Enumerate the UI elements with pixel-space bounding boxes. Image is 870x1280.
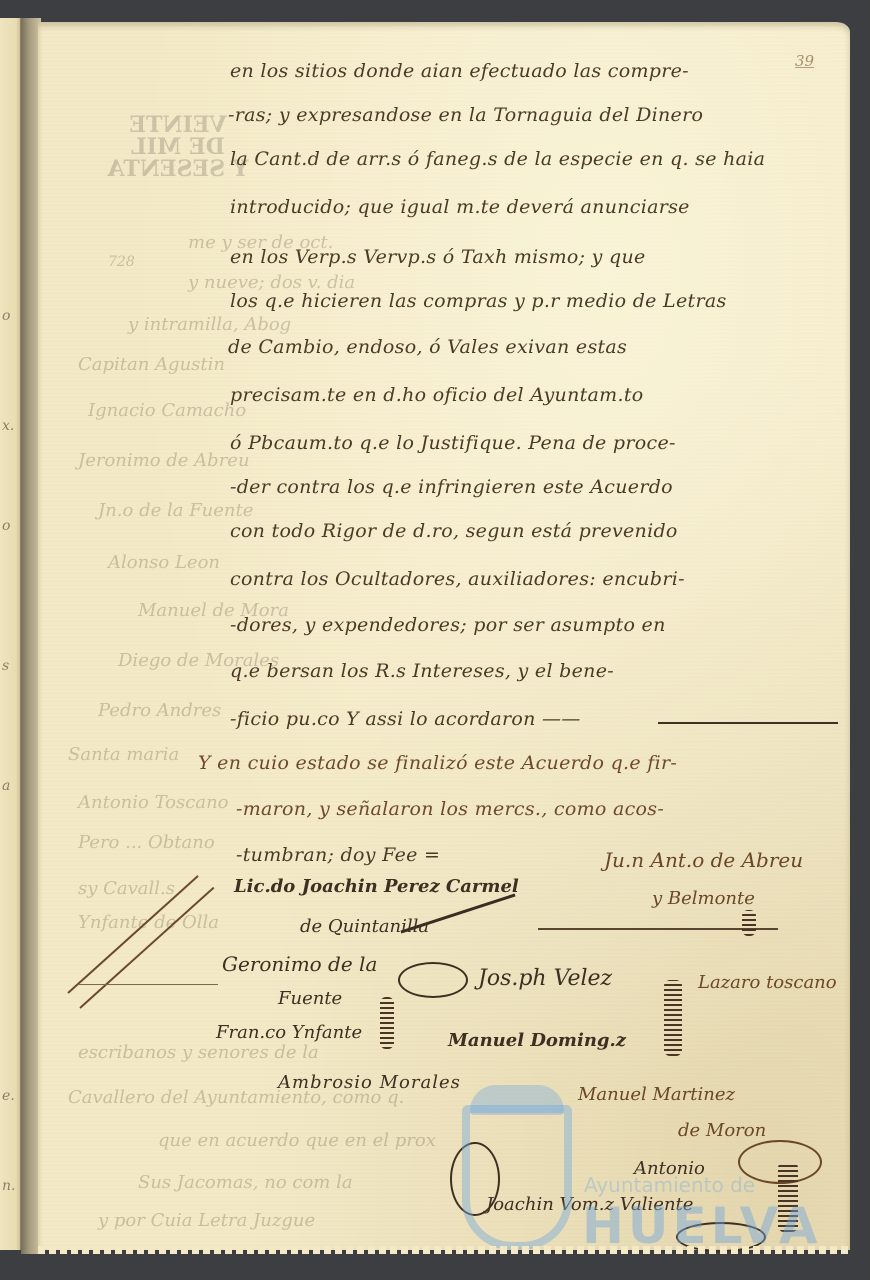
- left-page-fragment: o: [2, 308, 10, 324]
- bleed-through-text: 728: [108, 254, 135, 270]
- body-line: -tumbran; doy Fee =: [236, 844, 440, 866]
- bleed-through-text: sy Cavall.s: [78, 878, 175, 899]
- bleed-through-text: Santa maria: [68, 744, 179, 765]
- bleed-through-text: que en acuerdo que en el prox: [158, 1130, 436, 1151]
- body-line: -der contra los q.e infringieren este Ac…: [230, 476, 673, 498]
- body-line: con todo Rigor de d.ro, segun está preve…: [230, 520, 678, 542]
- bleed-through-text: Capitan Agustin: [78, 354, 225, 375]
- body-line: introducido; que igual m.te deverá anunc…: [230, 196, 690, 218]
- signature: Manuel Doming.z: [448, 1030, 626, 1051]
- bleed-through-text: Ignacio Camacho: [88, 400, 246, 421]
- signature: Lazaro toscano: [698, 972, 837, 993]
- body-line: -ficio pu.co Y assi lo acordaron ——: [230, 708, 581, 730]
- left-page-fragment: o: [2, 518, 10, 534]
- signature: Lic.do Joachin Perez Carmel: [234, 876, 519, 897]
- signature: Jos.ph Velez: [478, 966, 612, 991]
- signature: Joachin Vom.z Valiente: [486, 1194, 693, 1215]
- bleed-through-text: Pero ... Obtano: [78, 832, 215, 853]
- underline-rule: [78, 984, 218, 985]
- pen-stroke: [400, 894, 515, 934]
- bleed-through-text: Antonio Toscano: [78, 792, 229, 813]
- bleed-through-text: Alonso Leon: [108, 552, 220, 573]
- bleed-through-text: escribanos y senores de la: [78, 1042, 319, 1063]
- diagonal-stroke: [79, 887, 214, 1009]
- rubric-flourish: [676, 1222, 766, 1252]
- signature: Manuel Martinez: [578, 1084, 735, 1105]
- signature: de Moron: [678, 1120, 766, 1141]
- bleed-through-text: Pedro Andres: [98, 700, 221, 721]
- body-line: los q.e hicieren las compras y p.r medio…: [230, 290, 727, 312]
- signature: Geronimo de la: [222, 952, 377, 976]
- bleed-through-text: Jeronimo de Abreu: [78, 450, 250, 471]
- body-line: Y en cuio estado se finalizó este Acuerd…: [198, 752, 677, 774]
- body-line: en los sitios donde aian efectuado las c…: [230, 60, 689, 82]
- body-line: la Cant.d de arr.s ó faneg.s de la espec…: [230, 148, 765, 170]
- signature: Ju.n Ant.o de Abreu: [604, 848, 803, 872]
- body-line: en los Verp.s Vervp.s ó Taxh mismo; y qu…: [230, 246, 646, 268]
- rubric-flourish: [398, 962, 468, 998]
- body-line: -dores, y expendedores; por ser asumpto …: [230, 614, 666, 636]
- body-line: ó Pbcaum.to q.e lo Justifique. Pena de p…: [230, 432, 676, 454]
- folio-number: 39: [795, 52, 814, 70]
- rubric-coil: [664, 980, 682, 1056]
- rubric-flourish: [450, 1142, 500, 1216]
- left-page-fragment: e.: [2, 1088, 15, 1104]
- signature: y Belmonte: [652, 888, 755, 909]
- bleed-through-text: y por Cuia Letra Juzgue: [98, 1210, 315, 1231]
- rubric-coil: [380, 997, 394, 1049]
- body-line: -ras; y expresandose en la Tornaguia del…: [228, 104, 703, 126]
- left-page-fragment: a: [2, 778, 10, 794]
- rubric-coil: [778, 1162, 798, 1232]
- left-page-fragment: n.: [2, 1178, 15, 1194]
- signature: Fran.co Ynfante: [216, 1022, 362, 1043]
- adjacent-page-edge: o x. o s a e. n.: [0, 18, 21, 1250]
- bleed-through-text: Ynfante de Olla: [78, 912, 219, 933]
- signature: Fuente: [278, 988, 342, 1009]
- manuscript-page: VEINTE DE MIL Y SESENTA me y ser de oct.…: [38, 22, 850, 1250]
- bleed-through-text: y intramilla, Abog: [128, 314, 291, 335]
- body-line: -maron, y señalaron los mercs., como aco…: [236, 798, 664, 820]
- closing-rule: [658, 722, 838, 724]
- signature: Antonio: [634, 1158, 705, 1179]
- body-line: precisam.te en d.ho oficio del Ayuntam.t…: [230, 384, 644, 406]
- signature: Ambrosio Morales: [278, 1072, 461, 1093]
- rubric-coil: [742, 910, 756, 936]
- body-line: de Cambio, endoso, ó Vales exivan estas: [228, 336, 627, 358]
- left-page-fragment: s: [2, 658, 9, 674]
- body-line: contra los Ocultadores, auxiliadores: en…: [230, 568, 685, 590]
- left-page-fragment: x.: [2, 418, 14, 434]
- bleed-through-text: Jn.o de la Fuente: [98, 500, 253, 521]
- crown-icon: [470, 1085, 564, 1115]
- bleed-through-text: Sus Jacomas, no com la: [138, 1172, 353, 1193]
- body-line: q.e bersan los R.s Intereses, y el bene-: [230, 660, 614, 682]
